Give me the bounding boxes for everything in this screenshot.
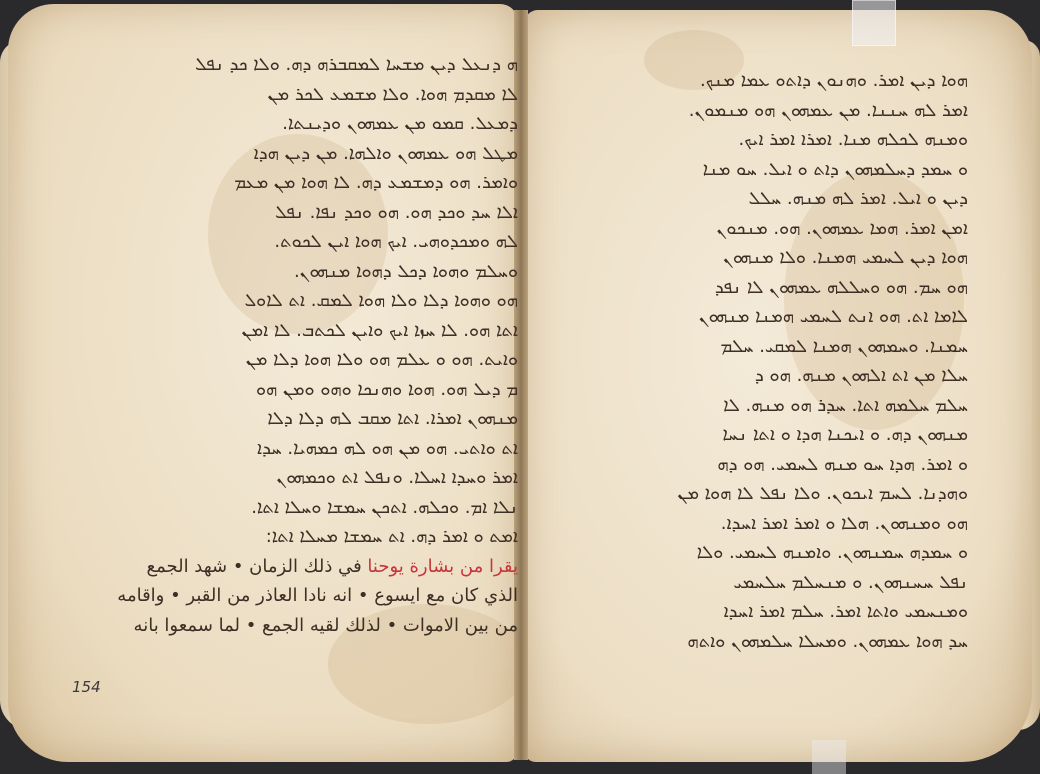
syriac-line: ܕܡܥܠ. ܩܡܘ ܡܢ ܥܡܗܘܢ ܘܕܝܢܬܐ. [120, 109, 518, 139]
syriac-line: ܐܡܪ ܘܚܕܐ ܐܚܠܐ. ܘܢܦܠ ܐܬ ܘܟܡܗܘܢ [120, 463, 518, 493]
arabic-text: الذي كان مع ايسوع • انه نادا العاذر من ا… [117, 585, 518, 606]
left-page-text: ܗ ܕܢܥܠ ܕܝܢ ܡܫܚܐ ܠܡܩܒܪܗ ܕܗ. ܘܠܐ ܟܕ ܢܦܠ ܠܐ… [120, 50, 518, 640]
arabic-line: الذي كان مع ايسوع • انه نادا العاذر من ا… [120, 581, 518, 611]
tape-strip [812, 740, 846, 774]
syriac-line: ܘ ܚܡܕܗ ܚܡܢܗܘܢ. ܘܐܡܢܗ ܠܚܡܝ. ܘܠܐ [570, 538, 968, 568]
syriac-line: ܠܐ ܡܩܕܡ ܗܘܐ. ܘܠܐ ܡܫܡܥ ܠܟܪ ܡܢ [120, 80, 518, 110]
syriac-line: ܘܐܡܪ. ܗܘ ܕܡܫܡܥ ܕܗ. ܠܐ ܗܘܐ ܡܢ ܡܥܡ [120, 168, 518, 198]
syriac-line: ܠܗ ܘܡܟܕܘܗܝ. ܐܝܟ ܗܘܐ ܐܝܢ ܠܟܘܬ. [120, 227, 518, 257]
arabic-text: من بين الاموات • لذلك لقيه الجمع • لما س… [134, 615, 518, 636]
arabic-rubric-line: يقرا من بشارة يوحنا في ذلك الزمان • شهد … [120, 552, 518, 582]
syriac-line: ܗ ܕܢܥܠ ܕܝܢ ܡܫܚܐ ܠܡܩܒܪܗ ܕܗ. ܘܠܐ ܟܕ ܢܦܠ [120, 50, 518, 80]
syriac-line: ܘܡܢܗ ܠܟܠܗ ܡܢܐ. ܐܡܪܐ ܐܡܪ ܐܝܟ. [570, 125, 968, 155]
syriac-line: ܐܡܢ ܐܡܪ. ܗܡܐ ܥܡܗܘܢ. ܗܘ. ܡܢܟܘܢ [570, 214, 968, 244]
arabic-line: من بين الاموات • لذلك لقيه الجمع • لما س… [120, 611, 518, 641]
syriac-line: ܢܠܐ ܐܡ. ܘܟܠܗ. ܐܬܟܢ ܚܡܫܐ ܘܚܠܐ ܐܬܐ. [120, 493, 518, 523]
syriac-line: ܘ ܚܡܕ ܕܚܠܡܗܘܢ ܕܐܬ ܘ ܐܝܠ. ܚܘ ܡܢܐ [570, 155, 968, 185]
syriac-line: ܘܗܕܢܐ. ܠܚܡ ܐܝܟܘܢ. ܘܠܐ ܢܦܠ ܠܐ ܗܘܐ ܡܢ [570, 479, 968, 509]
syriac-line: ܘܚܠܡ ܘܗܘܐ ܕܟܠ ܕܗܘܐ ܡܢܗܘܢ. [120, 257, 518, 287]
syriac-line: ܘܡܢܚܡܝ ܘܐܬܐ ܐܡܪ. ܚܠܡ ܐܡܪ ܐܚܕܐ [570, 597, 968, 627]
syriac-line: ܐܠܐ ܚܕ ܘܟܕ ܗܘ. ܗܘ ܘܟܕ ܢܦܐ. ܢܦܠ [120, 198, 518, 228]
syriac-line: ܠܐܡܐ ܐܬ. ܗܘ ܐܢܬ ܠܚܡܝ ܗܡܢܐ ܡܢܗܘܢ [570, 302, 968, 332]
rubric-black-text: في ذلك الزمان • شهد الجمع [146, 556, 361, 577]
syriac-line: ܚܕ ܗܘܐ ܥܡܗܘܢ. ܘܡܚܠܐ ܚܠܡܗܘܢ ܘܐܬܗ [570, 627, 968, 657]
syriac-line: ܐܡܬ ܘ ܐܡܪ ܕܗ. ܐܬ ܚܡܫܐ ܡܚܠܐ ܐܬܐ: [120, 522, 518, 552]
syriac-line: ܢܦܠ ܚܚܢܗܘܢ. ܘ ܡܢܚܠܡ ܚܠܚܡܝ [570, 568, 968, 598]
right-page-text: ܗܘܐ ܕܝܢ ܐܡܪ. ܘܗܢܘܢ ܕܐܬܘ ܥܡܐ ܡܢܟ. ܐܡܪ ܠܗ … [570, 66, 968, 656]
syriac-line: ܗܘ ܘܗܘܐ ܕܠܐ ܘܠܐ ܗܘܐ ܠܡܩ. ܐܬ ܠܐܘܠ [120, 286, 518, 316]
syriac-line: ܡܛܠ ܗܘ ܥܡܗܘܢ ܘܐܠܗܐ. ܡܢ ܕܝܢ ܗܕܐ [120, 139, 518, 169]
syriac-line: ܗܘ ܚܡ. ܗܘ ܘܚܠܠܗ ܥܡܗܘܢ ܠܐ ܢܦܕ [570, 273, 968, 303]
syriac-line: ܘܐܝܬ. ܗܘ ܘ ܥܠܡ ܗܘ ܘܠܐ ܗܘܐ ܕܠܐ ܡܢ [120, 345, 518, 375]
syriac-line: ܐܡܪ ܠܗ ܚܢܢܐ. ܡܢ ܥܡܗܘܢ ܗܘ ܡܢܡܘܢ. [570, 96, 968, 126]
syriac-line: ܚܠܐ ܡܢ ܐܬ ܐܠܗܘܢ ܡܢܗ. ܗܘ ܕ [570, 361, 968, 391]
syriac-line: ܡܢܗܘܢ ܕܗ. ܘ ܐܝܟܢܐ ܗܕܐ ܘ ܐܬܐ ܢܚܐ [570, 420, 968, 450]
syriac-line: ܗܘ ܘܡܢܗܘܢ. ܗܠܐ ܘ ܐܡܪ ܐܡܪ ܐܚܕܐ. [570, 509, 968, 539]
syriac-line: ܡܢܗܘܢ ܐܡܪܐ. ܐܬܐ ܡܩܒ ܠܗ ܕܠܐ ܕܠܐ [120, 404, 518, 434]
syriac-line: ܚܡܢܐ. ܘܚܡܗܘܢ ܗܡܢܐ ܠܡܩܝ. ܚܠܡ [570, 332, 968, 362]
syriac-line: ܘ ܐܡܪ. ܗܕܐ ܚܘ ܡܢܗ ܠܚܡܝ. ܗܘ ܕܗ [570, 450, 968, 480]
tape-strip [852, 0, 896, 46]
syriac-line: ܐܬ ܘܐܬܝ. ܗܘ ܡܢ ܗܘ ܠܗ ܟܡܗܝܐ. ܚܕܐ [120, 434, 518, 464]
folio-number: 154 [72, 678, 101, 696]
syriac-line: ܕܝܢ ܘ ܐܝܠ. ܐܡܪ ܠܗ ܡܢܗ. ܚܠܠ [570, 184, 968, 214]
rubric-red-text: يقرا من بشارة يوحنا [367, 556, 518, 577]
syriac-line: ܡ ܕܝܠ ܗܘ. ܗܘܐ ܘܗܢܟܐ ܘܗܘ ܘܡܢ ܗܘ [120, 375, 518, 405]
syriac-line: ܐܬܐ ܗܘ. ܠܐ ܚܙܐ ܐܝܟ ܘܐܝܢ ܠܟܬܒ. ܠܐ ܐܡܢ [120, 316, 518, 346]
syriac-line: ܚܠܡ ܚܠܡܗ ܐܬܐ. ܚܕܪ ܗܘ ܡܢܗ. ܠܐ [570, 391, 968, 421]
syriac-line: ܗܘܐ ܕܝܢ ܠܚܡܝ ܗܡܢܐ. ܘܠܐ ܡܢܗܘܢ [570, 243, 968, 273]
syriac-line: ܗܘܐ ܕܝܢ ܐܡܪ. ܘܗܢܘܢ ܕܐܬܘ ܥܡܐ ܡܢܟ. [570, 66, 968, 96]
